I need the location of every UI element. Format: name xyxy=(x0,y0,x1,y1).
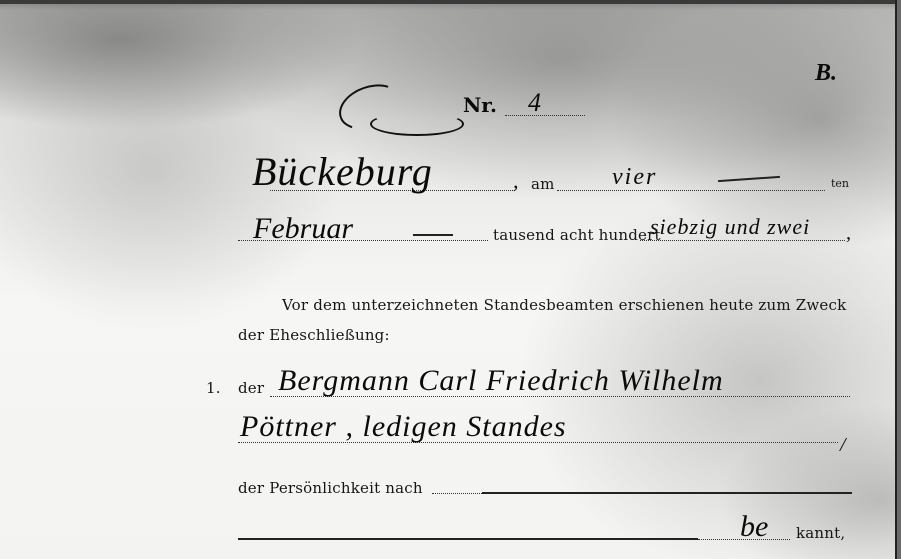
am-label: am xyxy=(531,175,555,193)
party-1-identity-dots xyxy=(432,493,482,494)
day-fill-line xyxy=(557,190,825,191)
party-1-known-line xyxy=(238,538,698,540)
month-handwritten: Februar xyxy=(253,212,353,246)
month-dash xyxy=(413,234,453,236)
party-1-der-label: der xyxy=(238,379,264,397)
year-handwritten: siebzig und zwei xyxy=(650,214,810,240)
scanned-paper-background xyxy=(0,0,901,559)
place-handwritten: Bückeburg xyxy=(252,148,433,195)
year-fill-line xyxy=(640,240,845,241)
party-1-line-2-handwritten: Pöttner , ledigen Standes xyxy=(240,410,567,444)
party-1-line-1-handwritten: Bergmann Carl Friedrich Wilhelm xyxy=(278,364,724,398)
number-value: 4 xyxy=(528,88,541,118)
page-right-shadow xyxy=(897,0,901,559)
page-top-edge xyxy=(0,0,901,4)
party-1-known-label: kannt, xyxy=(796,524,845,542)
section-letter: B. xyxy=(815,60,837,87)
day-suffix-label: ten xyxy=(831,177,849,190)
number-label: Nr. xyxy=(463,93,497,117)
day-handwritten: vier xyxy=(612,164,657,191)
party-1-number: 1. xyxy=(206,379,221,397)
party-1-line-2-suffix: / xyxy=(840,434,846,457)
intro-line-1: Vor dem unterzeichneten Standesbeamten e… xyxy=(282,296,846,314)
party-1-identity-label: der Persönlichkeit nach xyxy=(238,479,423,497)
party-1-known-handwritten: be xyxy=(740,510,768,544)
page-right-border xyxy=(895,0,897,559)
year-prefix-label: tausend acht hundert xyxy=(493,226,661,244)
number-fill-line xyxy=(505,115,585,116)
party-1-identity-line xyxy=(482,492,852,494)
year-comma: , xyxy=(846,222,851,245)
intro-line-2: der Eheschließung: xyxy=(238,326,390,344)
place-comma: , xyxy=(513,168,519,194)
number-flourish-tail-icon xyxy=(370,112,464,136)
